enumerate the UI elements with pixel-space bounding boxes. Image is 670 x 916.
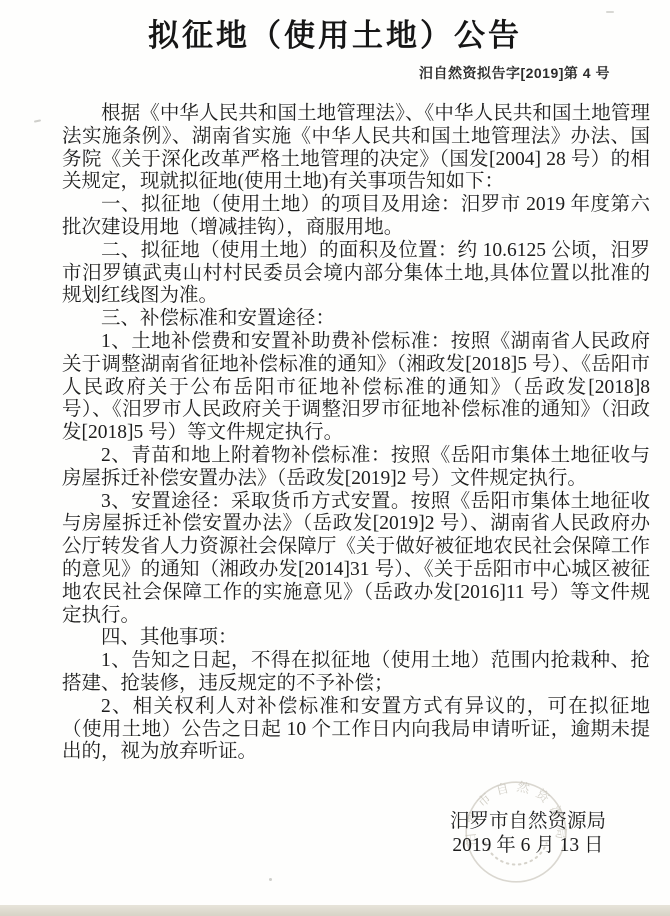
announcement-page: 拟征地（使用土地）公告 汨自然资拟告字[2019]第 4 号 根据《中华人民共和… <box>0 0 670 916</box>
paragraph-no-rush-planting: 1、告知之日起，不得在拟征地（使用土地）范围内抢栽种、抢搭建、抢装修，违反规定的… <box>62 650 650 696</box>
paragraph-resettlement: 3、安置途径：采取货币方式安置。按照《岳阳市集体土地征收与房屋拆迁补偿安置办法》… <box>62 491 650 628</box>
scan-speck <box>269 878 272 881</box>
paragraph-project-use: 一、拟征地（使用土地）的项目及用途：汨罗市 2019 年度第六批次建设用地（增减… <box>62 194 650 240</box>
announcement-body: 根据《中华人民共和国土地管理法》、《中华人民共和国土地管理法实施条例》、湖南省实… <box>62 103 650 764</box>
scan-speck <box>606 11 614 13</box>
scan-speck <box>34 119 41 122</box>
paragraph-basis: 根据《中华人民共和国土地管理法》、《中华人民共和国土地管理法实施条例》、湖南省实… <box>62 103 650 194</box>
paragraph-crops-compensation: 2、青苗和地上附着物补偿标准：按照《岳阳市集体土地征收与房屋拆迁补偿安置办法》（… <box>62 445 650 491</box>
signature-inner: 汨罗市自然资源局 2019 年 6 月 13 日 <box>450 810 606 857</box>
signature-block: 汨罗市自然资源局 2019 年 6 月 13 日 <box>0 810 670 857</box>
issue-date: 2019 年 6 月 13 日 <box>450 834 606 858</box>
scan-edge-bottom <box>0 905 670 916</box>
paragraph-compensation-heading: 三、补偿标准和安置途径： <box>62 308 650 331</box>
document-number: 汨自然资拟告字[2019]第 4 号 <box>0 63 670 83</box>
paragraph-other-heading: 四、其他事项： <box>62 627 650 650</box>
issuer-name: 汨罗市自然资源局 <box>450 810 606 834</box>
paragraph-land-compensation: 1、土地补偿费和安置补助费补偿标准：按照《湖南省人民政府关于调整湖南省征地补偿标… <box>62 331 650 445</box>
page-title: 拟征地（使用土地）公告 <box>0 18 670 54</box>
paragraph-area-location: 二、拟征地（使用土地）的面积及位置：约 10.6125 公顷，汨罗市汨罗镇武夷山… <box>62 240 650 308</box>
paragraph-hearing-rights: 2、相关权利人对补偿标准和安置方式有异议的，可在拟征地（使用土地）公告之日起 1… <box>62 696 650 764</box>
scan-edge-right <box>656 0 670 916</box>
